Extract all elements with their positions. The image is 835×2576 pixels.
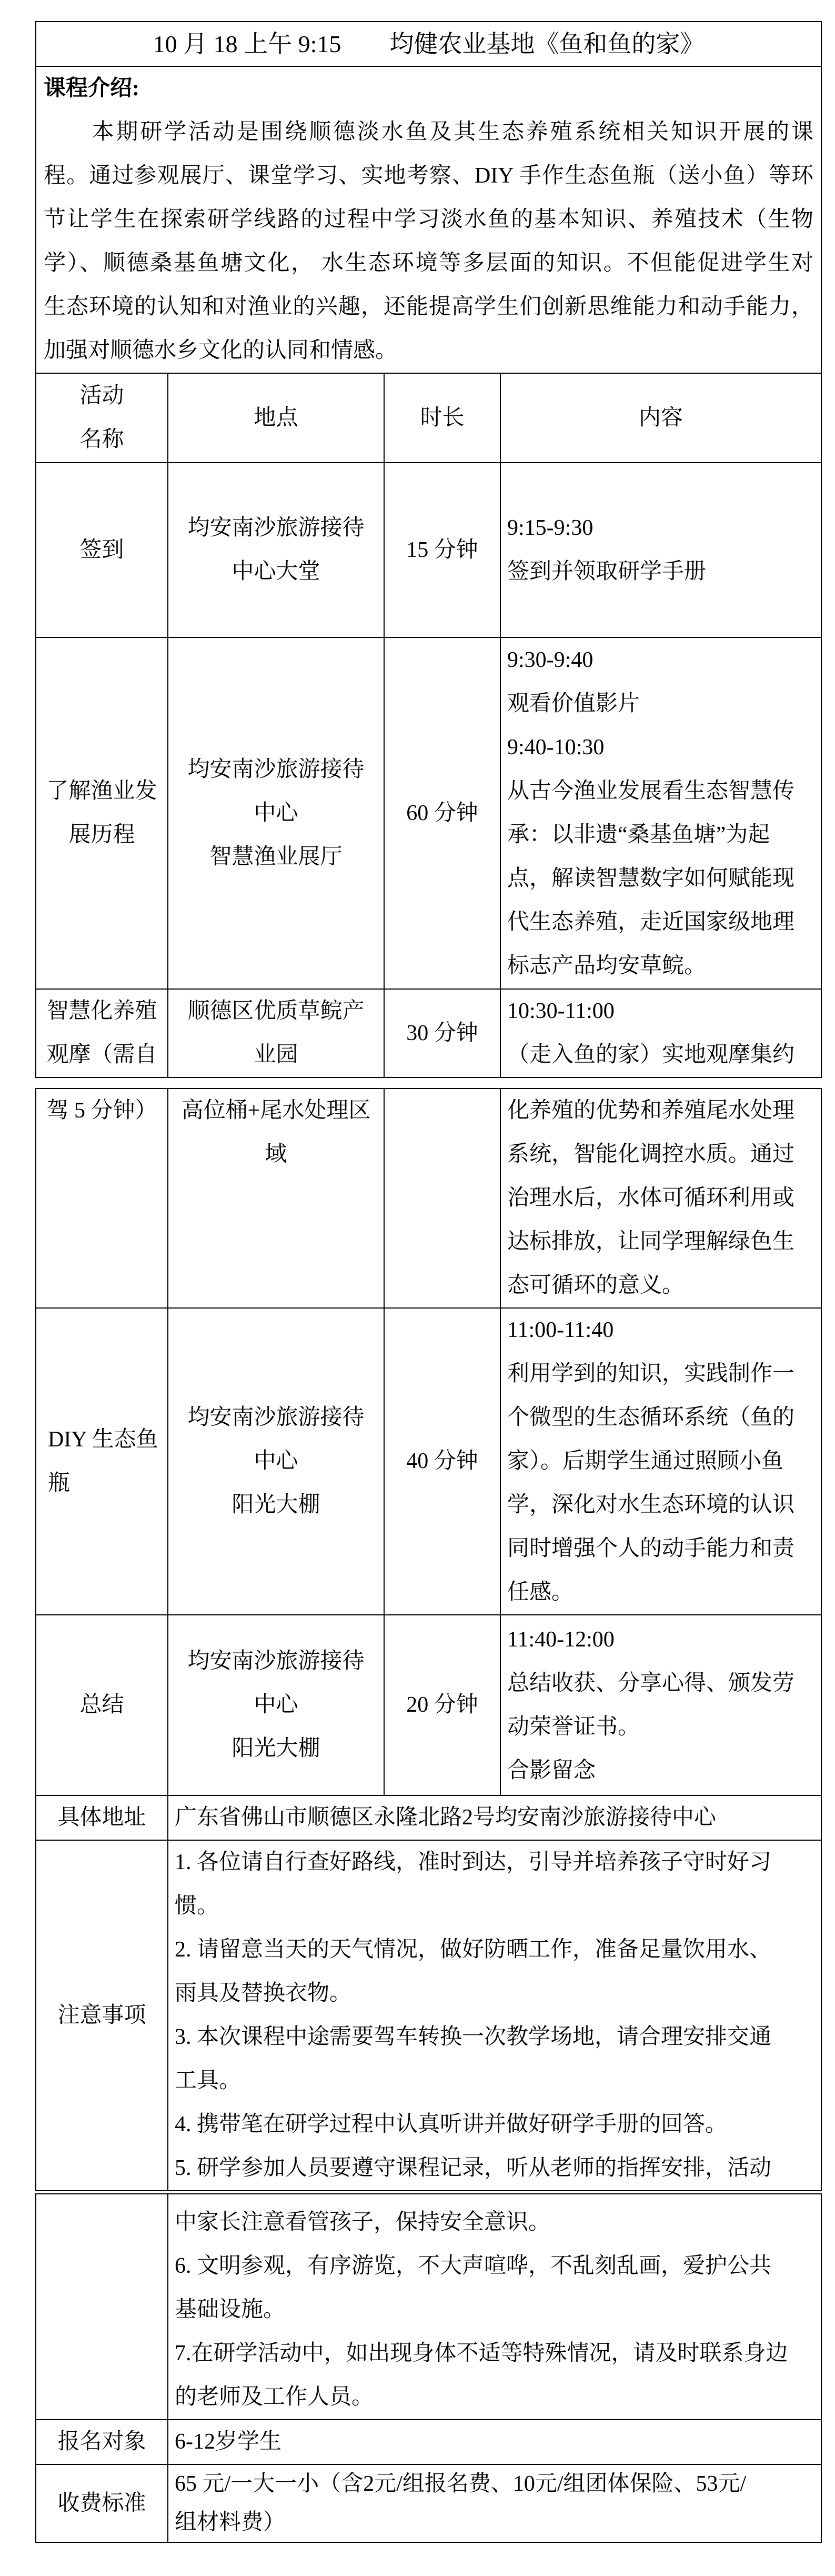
address-value: 广东省佛山市顺德区永隆北路2号均安南沙旅游接待中心	[168, 1795, 821, 1840]
audience-row: 报名对象 6-12岁学生	[36, 2420, 821, 2464]
notes-row-page1: 注意事项 1. 各位请自行查好路线，准时到达，引导并培养孩子守时好习惯。2. 请…	[36, 1840, 821, 2191]
table-row-diy-fish-bottle: DIY 生态鱼瓶 均安南沙旅游接待中心阳光大棚 40 分钟 11:00-11:4…	[36, 1308, 821, 1615]
place-cell: 均安南沙旅游接待中心大堂	[168, 463, 384, 637]
duration-cell: 30 分钟	[384, 989, 500, 1077]
document-page: 10 月 18 上午 9:15 均健农业基地《鱼和鱼的家》 课程介绍: 本期研学…	[0, 0, 835, 2576]
title-row: 10 月 18 上午 9:15 均健农业基地《鱼和鱼的家》	[36, 22, 821, 66]
duration-cell: 60 分钟	[384, 637, 500, 989]
fee-label: 收费标准	[36, 2464, 168, 2542]
activity-name-cell: DIY 生态鱼瓶	[36, 1308, 168, 1615]
intro-paragraph: 本期研学活动是围绕顺德淡水鱼及其生态养殖系统相关知识开展的课程。通过参观展厅、课…	[44, 111, 813, 373]
address-label: 具体地址	[36, 1795, 168, 1840]
activity-name-cell: 驾 5 分钟）	[36, 1089, 168, 1308]
notes-label: 注意事项	[36, 1840, 168, 2191]
table-row-smart-farming-part2: 驾 5 分钟） 高位桶+尾水处理区域 化养殖的优势和养殖尾水处理系统，智能化调控…	[36, 1089, 821, 1308]
duration-cell: 40 分钟	[384, 1308, 500, 1615]
place-cell: 均安南沙旅游接待中心阳光大棚	[168, 1615, 384, 1795]
fee-value: 65 元/一大一小（含2元/组报名费、10元/组团体保险、53元/组材料费）	[168, 2464, 821, 2542]
content-cell: 11:40-12:00总结收获、分享心得、颁发劳动荣誉证书。合影留念	[500, 1615, 821, 1795]
duration-cell: 20 分钟	[384, 1615, 500, 1795]
content-cell: 9:15-9:30签到并领取研学手册	[500, 463, 821, 637]
schedule-table-page1: 10 月 18 上午 9:15 均健农业基地《鱼和鱼的家》 课程介绍: 本期研学…	[35, 21, 822, 1078]
table-row-smart-farming-part1: 智慧化养殖观摩（需自 顺德区优质草鲩产业园 30 分钟 10:30-11:00（…	[36, 989, 821, 1077]
schedule-table-page3: 中家长注意看管孩子，保持安全意识。6. 文明参观，有序游览，不大声喧哗，不乱刻乱…	[35, 2193, 822, 2543]
address-row: 具体地址 广东省佛山市顺德区永隆北路2号均安南沙旅游接待中心	[36, 1795, 821, 1840]
activity-name-cell: 智慧化养殖观摩（需自	[36, 989, 168, 1077]
intro-row: 课程介绍: 本期研学活动是围绕顺德淡水鱼及其生态养殖系统相关知识开展的课程。通过…	[36, 66, 821, 373]
table-row-signin: 签到 均安南沙旅游接待中心大堂 15 分钟 9:15-9:30签到并领取研学手册	[36, 463, 821, 637]
course-title: 10 月 18 上午 9:15 均健农业基地《鱼和鱼的家》	[36, 22, 821, 66]
fee-row: 收费标准 65 元/一大一小（含2元/组报名费、10元/组团体保险、53元/组材…	[36, 2464, 821, 2542]
notes-label-empty-cell	[36, 2194, 168, 2420]
place-cell: 高位桶+尾水处理区域	[168, 1089, 384, 1308]
audience-value: 6-12岁学生	[168, 2420, 821, 2464]
duration-cell: 15 分钟	[384, 463, 500, 637]
place-cell: 均安南沙旅游接待中心智慧渔业展厅	[168, 637, 384, 989]
col-header-content: 内容	[500, 373, 821, 463]
intro-cell: 课程介绍: 本期研学活动是围绕顺德淡水鱼及其生态养殖系统相关知识开展的课程。通过…	[36, 66, 821, 373]
col-header-duration: 时长	[384, 373, 500, 463]
activity-name-cell: 总结	[36, 1615, 168, 1795]
audience-label: 报名对象	[36, 2420, 168, 2464]
content-cell: 化养殖的优势和养殖尾水处理系统，智能化调控水质。通过治理水后，水体可循环利用或达…	[500, 1089, 821, 1308]
header-row: 活动名称 地点 时长 内容	[36, 373, 821, 463]
activity-name-cell: 了解渔业发展历程	[36, 637, 168, 989]
notes-text-page1: 1. 各位请自行查好路线，准时到达，引导并培养孩子守时好习惯。2. 请留意当天的…	[168, 1840, 821, 2191]
table-row-summary: 总结 均安南沙旅游接待中心阳光大棚 20 分钟 11:40-12:00总结收获、…	[36, 1615, 821, 1795]
place-cell: 顺德区优质草鲩产业园	[168, 989, 384, 1077]
place-cell: 均安南沙旅游接待中心阳光大棚	[168, 1308, 384, 1615]
intro-label: 课程介绍:	[44, 67, 813, 111]
col-header-activity-name: 活动名称	[36, 373, 168, 463]
activity-name-cell: 签到	[36, 463, 168, 637]
content-cell: 11:00-11:40利用学到的知识，实践制作一个微型的生态循环系统（鱼的家）。…	[500, 1308, 821, 1615]
duration-cell	[384, 1089, 500, 1308]
notes-row-page2: 中家长注意看管孩子，保持安全意识。6. 文明参观，有序游览，不大声喧哗，不乱刻乱…	[36, 2194, 821, 2420]
content-cell: 10:30-11:00（走入鱼的家）实地观摩集约	[500, 989, 821, 1077]
col-header-place: 地点	[168, 373, 384, 463]
content-cell: 9:30-9:40观看价值影片9:40-10:30从古今渔业发展看生态智慧传承：…	[500, 637, 821, 989]
notes-text-page2: 中家长注意看管孩子，保持安全意识。6. 文明参观，有序游览，不大声喧哗，不乱刻乱…	[168, 2194, 821, 2420]
schedule-table-page2: 驾 5 分钟） 高位桶+尾水处理区域 化养殖的优势和养殖尾水处理系统，智能化调控…	[35, 1088, 822, 2191]
table-row-fishery-history: 了解渔业发展历程 均安南沙旅游接待中心智慧渔业展厅 60 分钟 9:30-9:4…	[36, 637, 821, 989]
